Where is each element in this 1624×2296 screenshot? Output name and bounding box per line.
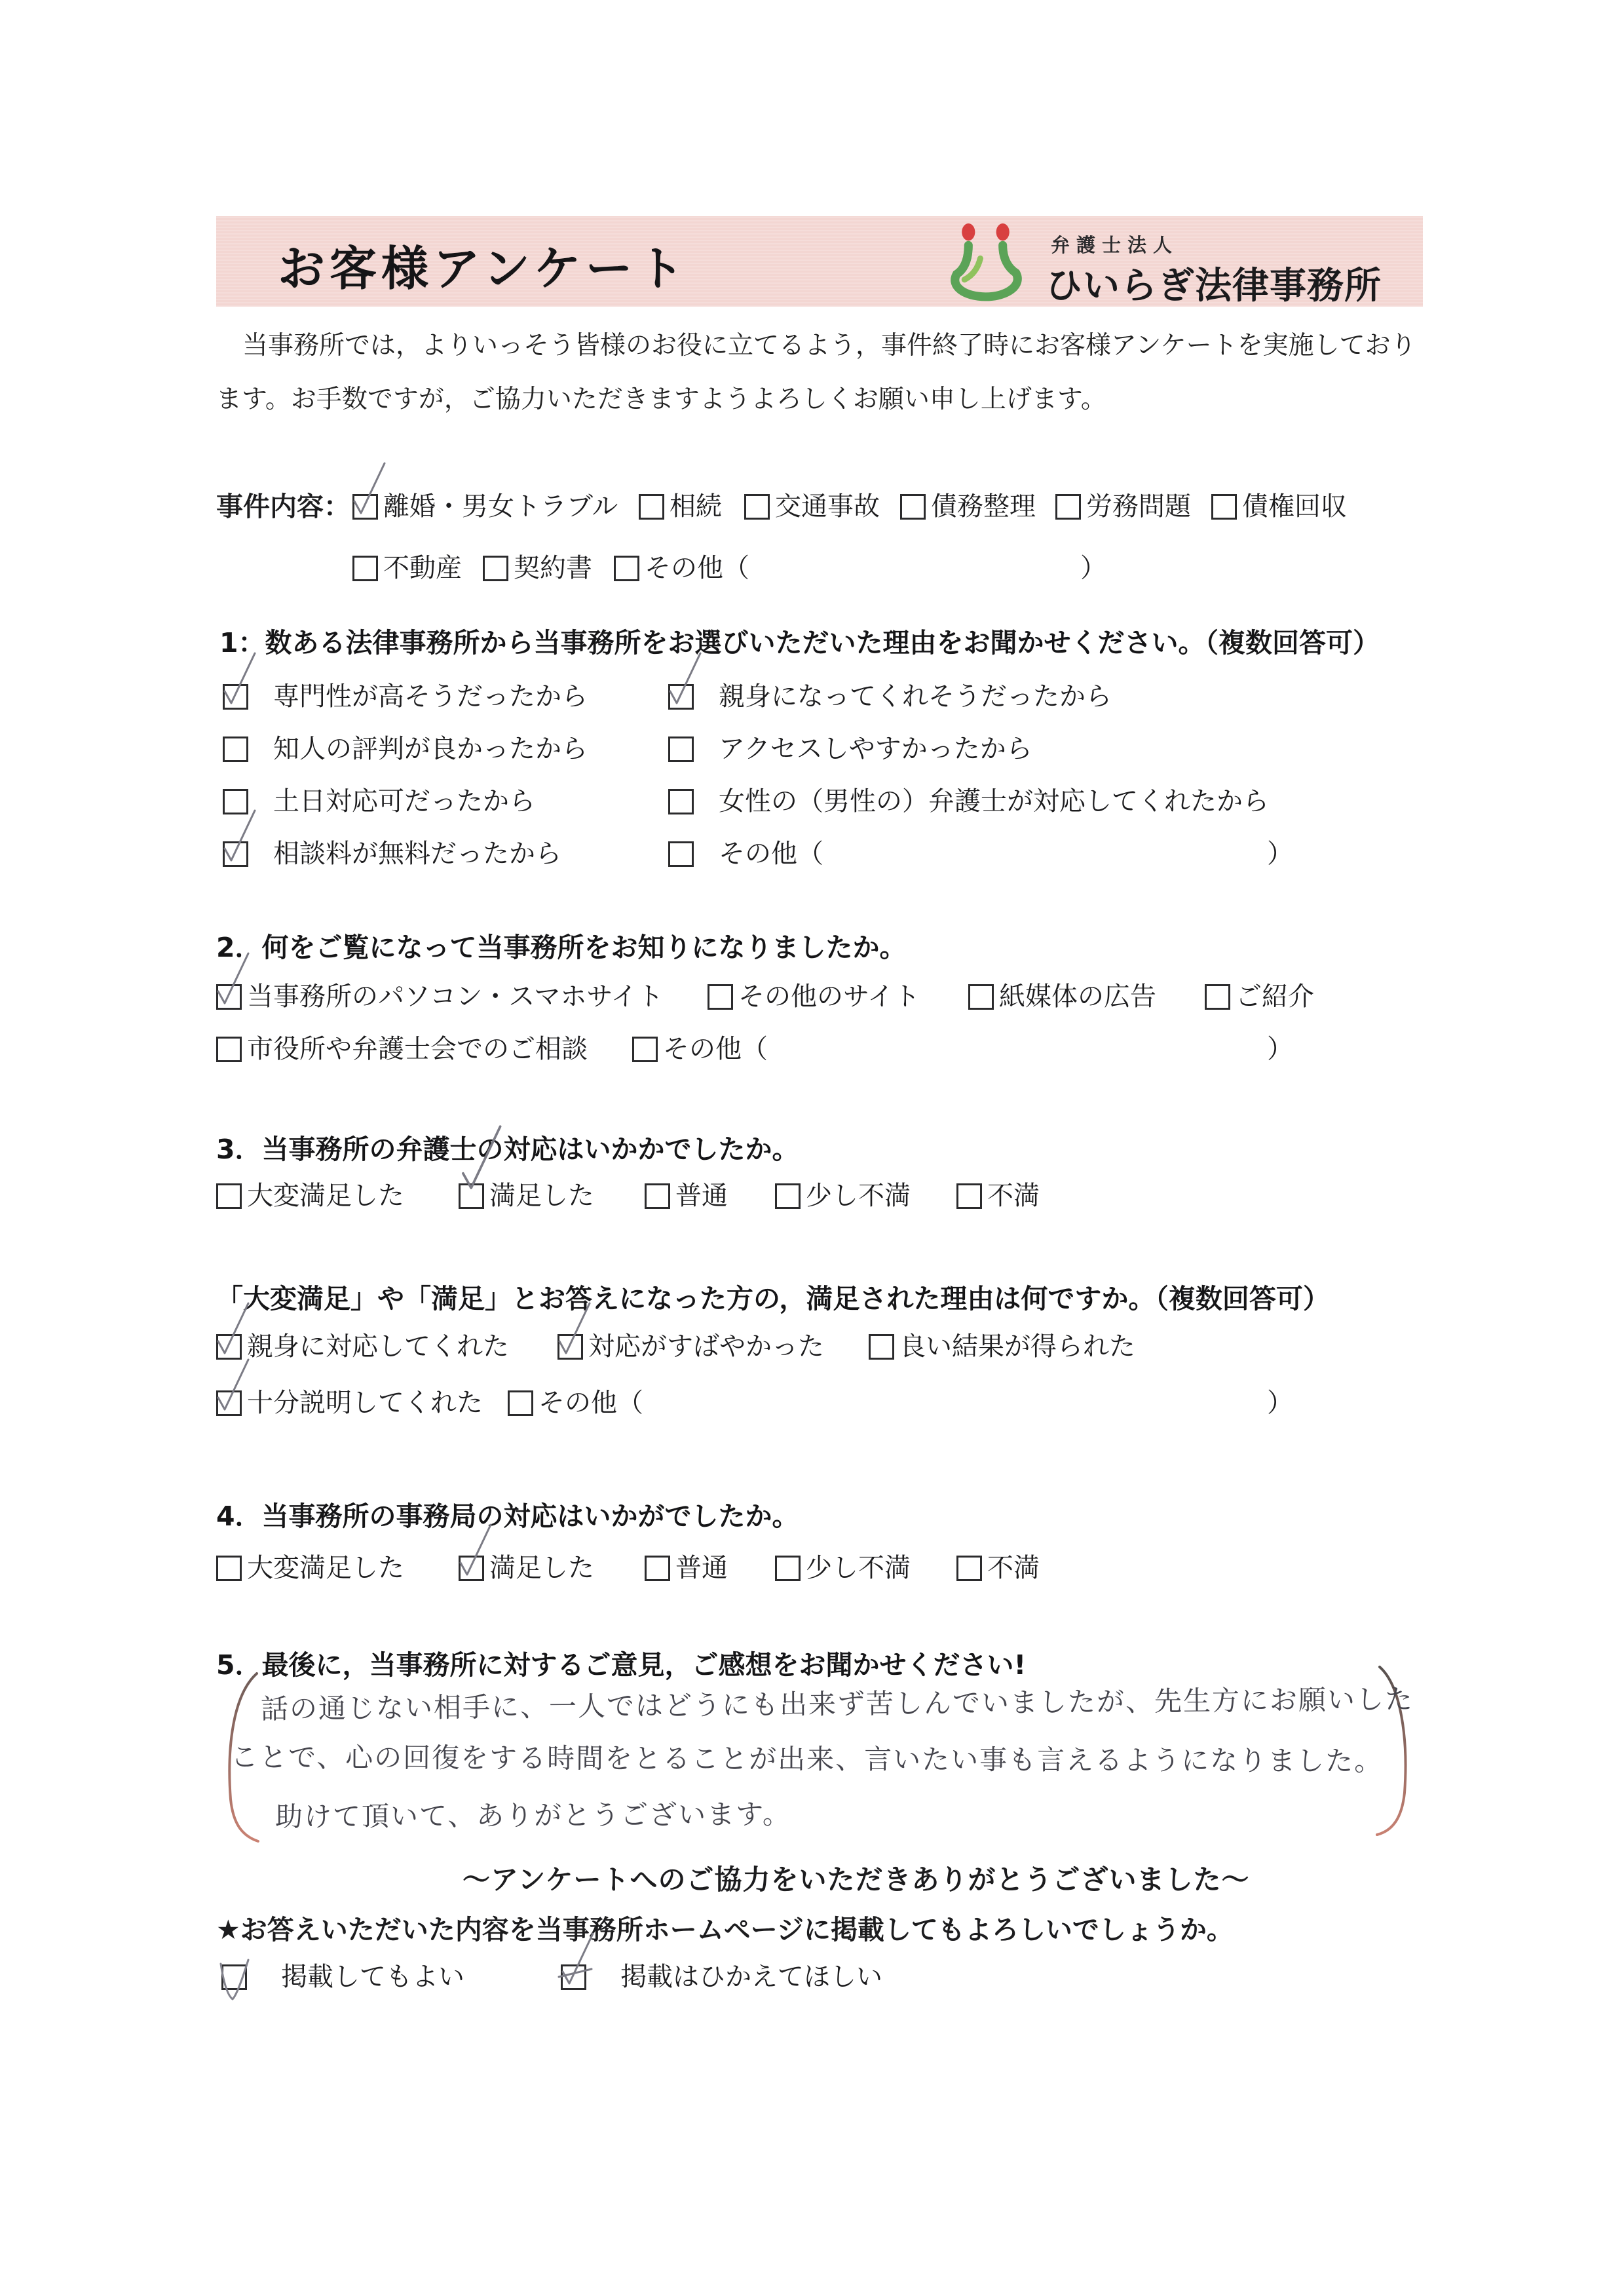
checkbox[interactable] <box>775 1556 801 1581</box>
checkbox-label: 不満 <box>987 1179 1040 1212</box>
checkbox-label: 当事務所のパソコン・スマホサイト <box>247 980 664 1013</box>
q3-title: 3．当事務所の弁護士の対応はいかかでしたか。 <box>216 1132 799 1166</box>
sat-option-sonota: その他（ <box>508 1387 643 1419</box>
q2-title: 2．何をご覧になって当事務所をお知りになりましたか。 <box>216 930 907 965</box>
case-option-saimu: 債務整理 <box>900 490 1036 523</box>
intro-line-2: ます。お手数ですが，ご協力いただきますようよろしくお願い申し上げます。 <box>216 383 1428 416</box>
case-option-roumu: 労務問題 <box>1055 490 1191 523</box>
checkbox-label: 専門性が高そうだったから <box>273 680 588 713</box>
q2-option-shiyakusho: 市役所や弁護士会でのご相談 <box>216 1033 588 1065</box>
checkbox[interactable] <box>632 1037 658 1062</box>
checkbox[interactable] <box>352 556 378 581</box>
q5-title: 5．最後に，当事務所に対するご意見，ご感想をお聞かせください! <box>216 1648 1026 1682</box>
checkbox-label: 大変満足した <box>247 1552 404 1584</box>
checkbox[interactable] <box>483 556 508 581</box>
checkbox[interactable] <box>645 1183 670 1209</box>
q3-option-sukoshi-fuman: 少し不満 <box>775 1179 911 1212</box>
checkbox-label: 紙媒体の広告 <box>999 980 1156 1013</box>
checkbox-label: 債権回収 <box>1242 490 1347 523</box>
q1-option-access: アクセスしやすかったから <box>668 733 1032 765</box>
case-option-koutsu: 交通事故 <box>744 490 880 523</box>
checkbox[interactable] <box>223 737 248 762</box>
q2-row-2: 市役所や弁護士会でのご相談 その他（ ） <box>216 1033 1448 1073</box>
publish-option-ok: 掲載してもよい <box>221 1961 464 1993</box>
checkbox[interactable] <box>561 1964 586 1990</box>
q3-option-fuman: 不満 <box>956 1179 1040 1212</box>
checkbox[interactable] <box>668 841 694 867</box>
checkbox[interactable] <box>956 1556 982 1581</box>
checkbox-label: 少し不満 <box>806 1179 911 1212</box>
checkbox-label: その他のサイト <box>738 980 920 1013</box>
checkbox-label: 相続 <box>670 490 722 523</box>
checkbox[interactable] <box>216 1183 242 1209</box>
q1-option-soudanryou: 相談料が無料だったから <box>223 837 561 870</box>
checkbox-label: 親身に対応してくれた <box>247 1330 509 1363</box>
checkbox[interactable] <box>459 1556 484 1581</box>
case-type-label: 事件内容： <box>216 490 350 523</box>
q1-option-hyouban: 知人の評判が良かったから <box>223 733 588 765</box>
checkbox-label: 掲載はひかえてほしい <box>620 1961 882 1993</box>
checkbox-label: その他（ <box>538 1387 643 1419</box>
q2-option-referral: ご紹介 <box>1205 980 1314 1013</box>
case-type-row-1: 事件内容： 離婚・男女トラブル 相続 交通事故 債務整理 労務問題 債権回収 <box>216 490 1448 531</box>
checkbox-label: 離婚・男女トラブル <box>383 490 618 523</box>
sat-option-subayai: 対応がすばやかった <box>557 1330 824 1363</box>
checkbox-label: 満足した <box>489 1552 594 1584</box>
checkbox-label: 普通 <box>675 1179 728 1212</box>
close-paren: ） <box>1267 837 1293 870</box>
q4-option-sukoshi-fuman: 少し不満 <box>775 1552 911 1584</box>
checkbox-label: 契約書 <box>514 552 592 584</box>
q4-option-taihen-manzoku: 大変満足した <box>216 1552 404 1584</box>
q3-options-row: 大変満足した 満足した 普通 少し不満 不満 <box>216 1179 1448 1220</box>
q4-option-futsuu: 普通 <box>645 1552 728 1584</box>
case-type-row-2: 不動産 契約書 その他（ ） <box>216 552 1448 592</box>
checkbox-label: 不動産 <box>383 552 462 584</box>
case-option-keiyakusho: 契約書 <box>483 552 592 584</box>
checkbox-label: ご紹介 <box>1236 980 1314 1013</box>
q3-option-taihen-manzoku: 大変満足した <box>216 1179 404 1212</box>
satisfaction-row-1: 親身に対応してくれた 対応がすばやかった 良い結果が得られた <box>216 1330 1448 1371</box>
q1-option-josei: 女性の（男性の）弁護士が対応してくれたから <box>668 785 1269 818</box>
logo-organization-type: 弁護士法人 <box>1051 231 1179 258</box>
q4-options-row: 大変満足した 満足した 普通 少し不満 不満 <box>216 1552 1448 1592</box>
sat-option-setsumei: 十分説明してくれた <box>216 1387 483 1419</box>
checkbox-label: 良い結果が得られた <box>899 1330 1135 1363</box>
page-title: お客様アンケート <box>278 231 689 299</box>
q4-title: 4．当事務所の事務局の対応はいかがでしたか。 <box>216 1499 799 1533</box>
q3-option-futsuu: 普通 <box>645 1179 728 1212</box>
q3-option-manzoku: 満足した <box>459 1179 594 1212</box>
checkbox[interactable] <box>223 841 248 867</box>
checkbox[interactable] <box>744 494 770 520</box>
q1-option-senmonsei: 専門性が高そうだったから <box>223 680 588 713</box>
checkbox[interactable] <box>216 1037 242 1062</box>
checkbox[interactable] <box>900 494 926 520</box>
q1-option-shinmi: 親身になってくれそうだったから <box>668 680 1112 713</box>
checkbox[interactable] <box>708 984 733 1010</box>
sat-option-kekka: 良い結果が得られた <box>869 1330 1135 1363</box>
q2-option-print-ad: 紙媒体の広告 <box>968 980 1156 1013</box>
checkbox-label: 市役所や弁護士会でのご相談 <box>247 1033 588 1065</box>
checkbox[interactable] <box>869 1334 894 1360</box>
publish-question: ★お答えいただいた内容を当事務所ホームページに掲載してもよろしいでしょうか。 <box>216 1908 1234 1947</box>
checkbox-label: 普通 <box>675 1552 728 1584</box>
close-paren: ） <box>1267 1033 1293 1065</box>
checkbox[interactable] <box>645 1556 670 1581</box>
checkbox[interactable] <box>352 494 378 520</box>
q1-row-3: 土日対応可だったから 女性の（男性の）弁護士が対応してくれたから <box>216 785 1448 826</box>
checkbox[interactable] <box>775 1183 801 1209</box>
checkbox[interactable] <box>557 1334 583 1360</box>
publish-options-row: 掲載してもよい 掲載はひかえてほしい <box>216 1961 1448 2001</box>
case-option-sonota: その他（ <box>614 552 749 584</box>
checkbox[interactable] <box>1211 494 1237 520</box>
checkbox-label: アクセスしやすかったから <box>719 733 1032 765</box>
checkbox-label: その他（ <box>645 552 749 584</box>
checkbox[interactable] <box>216 984 242 1010</box>
q1-title: 1：数ある法律事務所から当事務所をお選びいただいた理由をお聞かせください。（複数… <box>219 626 1380 660</box>
checkbox-label: 土日対応可だったから <box>273 785 535 818</box>
sat-option-shinmi: 親身に対応してくれた <box>216 1330 509 1363</box>
handwritten-comment-line-2: ことで、心の回復をする時間をとることが出来、言いたい事も言えるようになりました。 <box>231 1736 1383 1779</box>
checkbox-label: 掲載してもよい <box>281 1961 464 1993</box>
checkbox-label: 不満 <box>987 1552 1040 1584</box>
q1-row-4: 相談料が無料だったから その他（ ） <box>216 837 1448 878</box>
q2-option-sonota: その他（ <box>632 1033 768 1065</box>
case-option-fudousan: 不動産 <box>352 552 462 584</box>
satisfaction-title: 「大変満足」や「満足」とお答えになった方の，満足された理由は何ですか。（複数回答… <box>216 1282 1330 1316</box>
thanks-line: ～アンケートへのご協力をいただきありがとうございました～ <box>463 1858 1249 1898</box>
q4-option-fuman: 不満 <box>956 1552 1040 1584</box>
checkbox-label: 少し不満 <box>806 1552 911 1584</box>
checkbox[interactable] <box>223 684 248 710</box>
q2-option-website: 当事務所のパソコン・スマホサイト <box>216 980 664 1013</box>
close-paren: ） <box>1080 552 1106 584</box>
checkbox[interactable] <box>216 1390 242 1416</box>
satisfaction-row-2: 十分説明してくれた その他（ ） <box>216 1387 1448 1427</box>
checkbox[interactable] <box>216 1556 242 1581</box>
scanned-survey-page: お客様アンケート 弁護士法人 ひいらぎ法律事務所 当事務所では，よりいっそう皆様… <box>0 0 1624 2296</box>
q2-option-othersite: その他のサイト <box>708 980 920 1013</box>
checkbox-label: 対応がすばやかった <box>588 1330 824 1363</box>
checkbox[interactable] <box>1205 984 1230 1010</box>
checkbox-label: 交通事故 <box>775 490 880 523</box>
case-option-rikon: 離婚・男女トラブル <box>352 490 618 523</box>
hiiragi-logo-icon <box>942 221 1031 304</box>
q1-option-sonota: その他（ <box>668 837 823 870</box>
checkbox[interactable] <box>668 737 694 762</box>
checkbox[interactable] <box>221 1964 247 1990</box>
checkbox[interactable] <box>968 984 994 1010</box>
checkbox-label: 知人の評判が良かったから <box>273 733 588 765</box>
checkbox[interactable] <box>668 789 694 814</box>
q4-option-manzoku: 満足した <box>459 1552 594 1584</box>
handwritten-comment-line-1: 話の通じない相手に、一人ではどうにも出来ず苦しんでいましたが、先生方にお願いした <box>261 1677 1414 1727</box>
case-option-saiken: 債権回収 <box>1211 490 1347 523</box>
handwritten-comment-line-3: 助けて頂いて、ありがとうございます。 <box>275 1793 791 1835</box>
publish-option-no: 掲載はひかえてほしい <box>561 1961 882 1993</box>
checkbox-label: 満足した <box>489 1179 594 1212</box>
q2-row-1: 当事務所のパソコン・スマホサイト その他のサイト 紙媒体の広告 ご紹介 <box>216 980 1448 1021</box>
checkbox[interactable] <box>614 556 639 581</box>
q1-row-2: 知人の評判が良かったから アクセスしやすかったから <box>216 733 1448 773</box>
checkbox-label: 相談料が無料だったから <box>273 837 561 870</box>
checkbox-label: 女性の（男性の）弁護士が対応してくれたから <box>719 785 1269 818</box>
checkbox[interactable] <box>459 1183 484 1209</box>
case-option-souzoku: 相続 <box>639 490 722 523</box>
checkbox-label: 債務整理 <box>931 490 1036 523</box>
intro-line-1: 当事務所では，よりいっそう皆様のお役に立てるよう，事件終了時にお客様アンケートを… <box>216 330 1428 362</box>
checkbox[interactable] <box>668 684 694 710</box>
logo-firm-name: ひいらぎ法律事務所 <box>1046 257 1382 309</box>
checkbox-label: その他（ <box>663 1033 768 1065</box>
checkbox[interactable] <box>639 494 664 520</box>
checkbox-label: 労務問題 <box>1086 490 1191 523</box>
checkbox[interactable] <box>956 1183 982 1209</box>
checkbox-label: 親身になってくれそうだったから <box>719 680 1112 713</box>
checkbox-label: 大変満足した <box>247 1179 404 1212</box>
checkbox[interactable] <box>1055 494 1081 520</box>
close-paren: ） <box>1267 1387 1293 1419</box>
q1-row-1: 専門性が高そうだったから 親身になってくれそうだったから <box>216 680 1448 721</box>
checkbox-label: その他（ <box>719 837 823 870</box>
q1-option-donichi: 土日対応可だったから <box>223 785 535 818</box>
checkbox[interactable] <box>508 1390 533 1416</box>
checkbox-label: 十分説明してくれた <box>247 1387 483 1419</box>
